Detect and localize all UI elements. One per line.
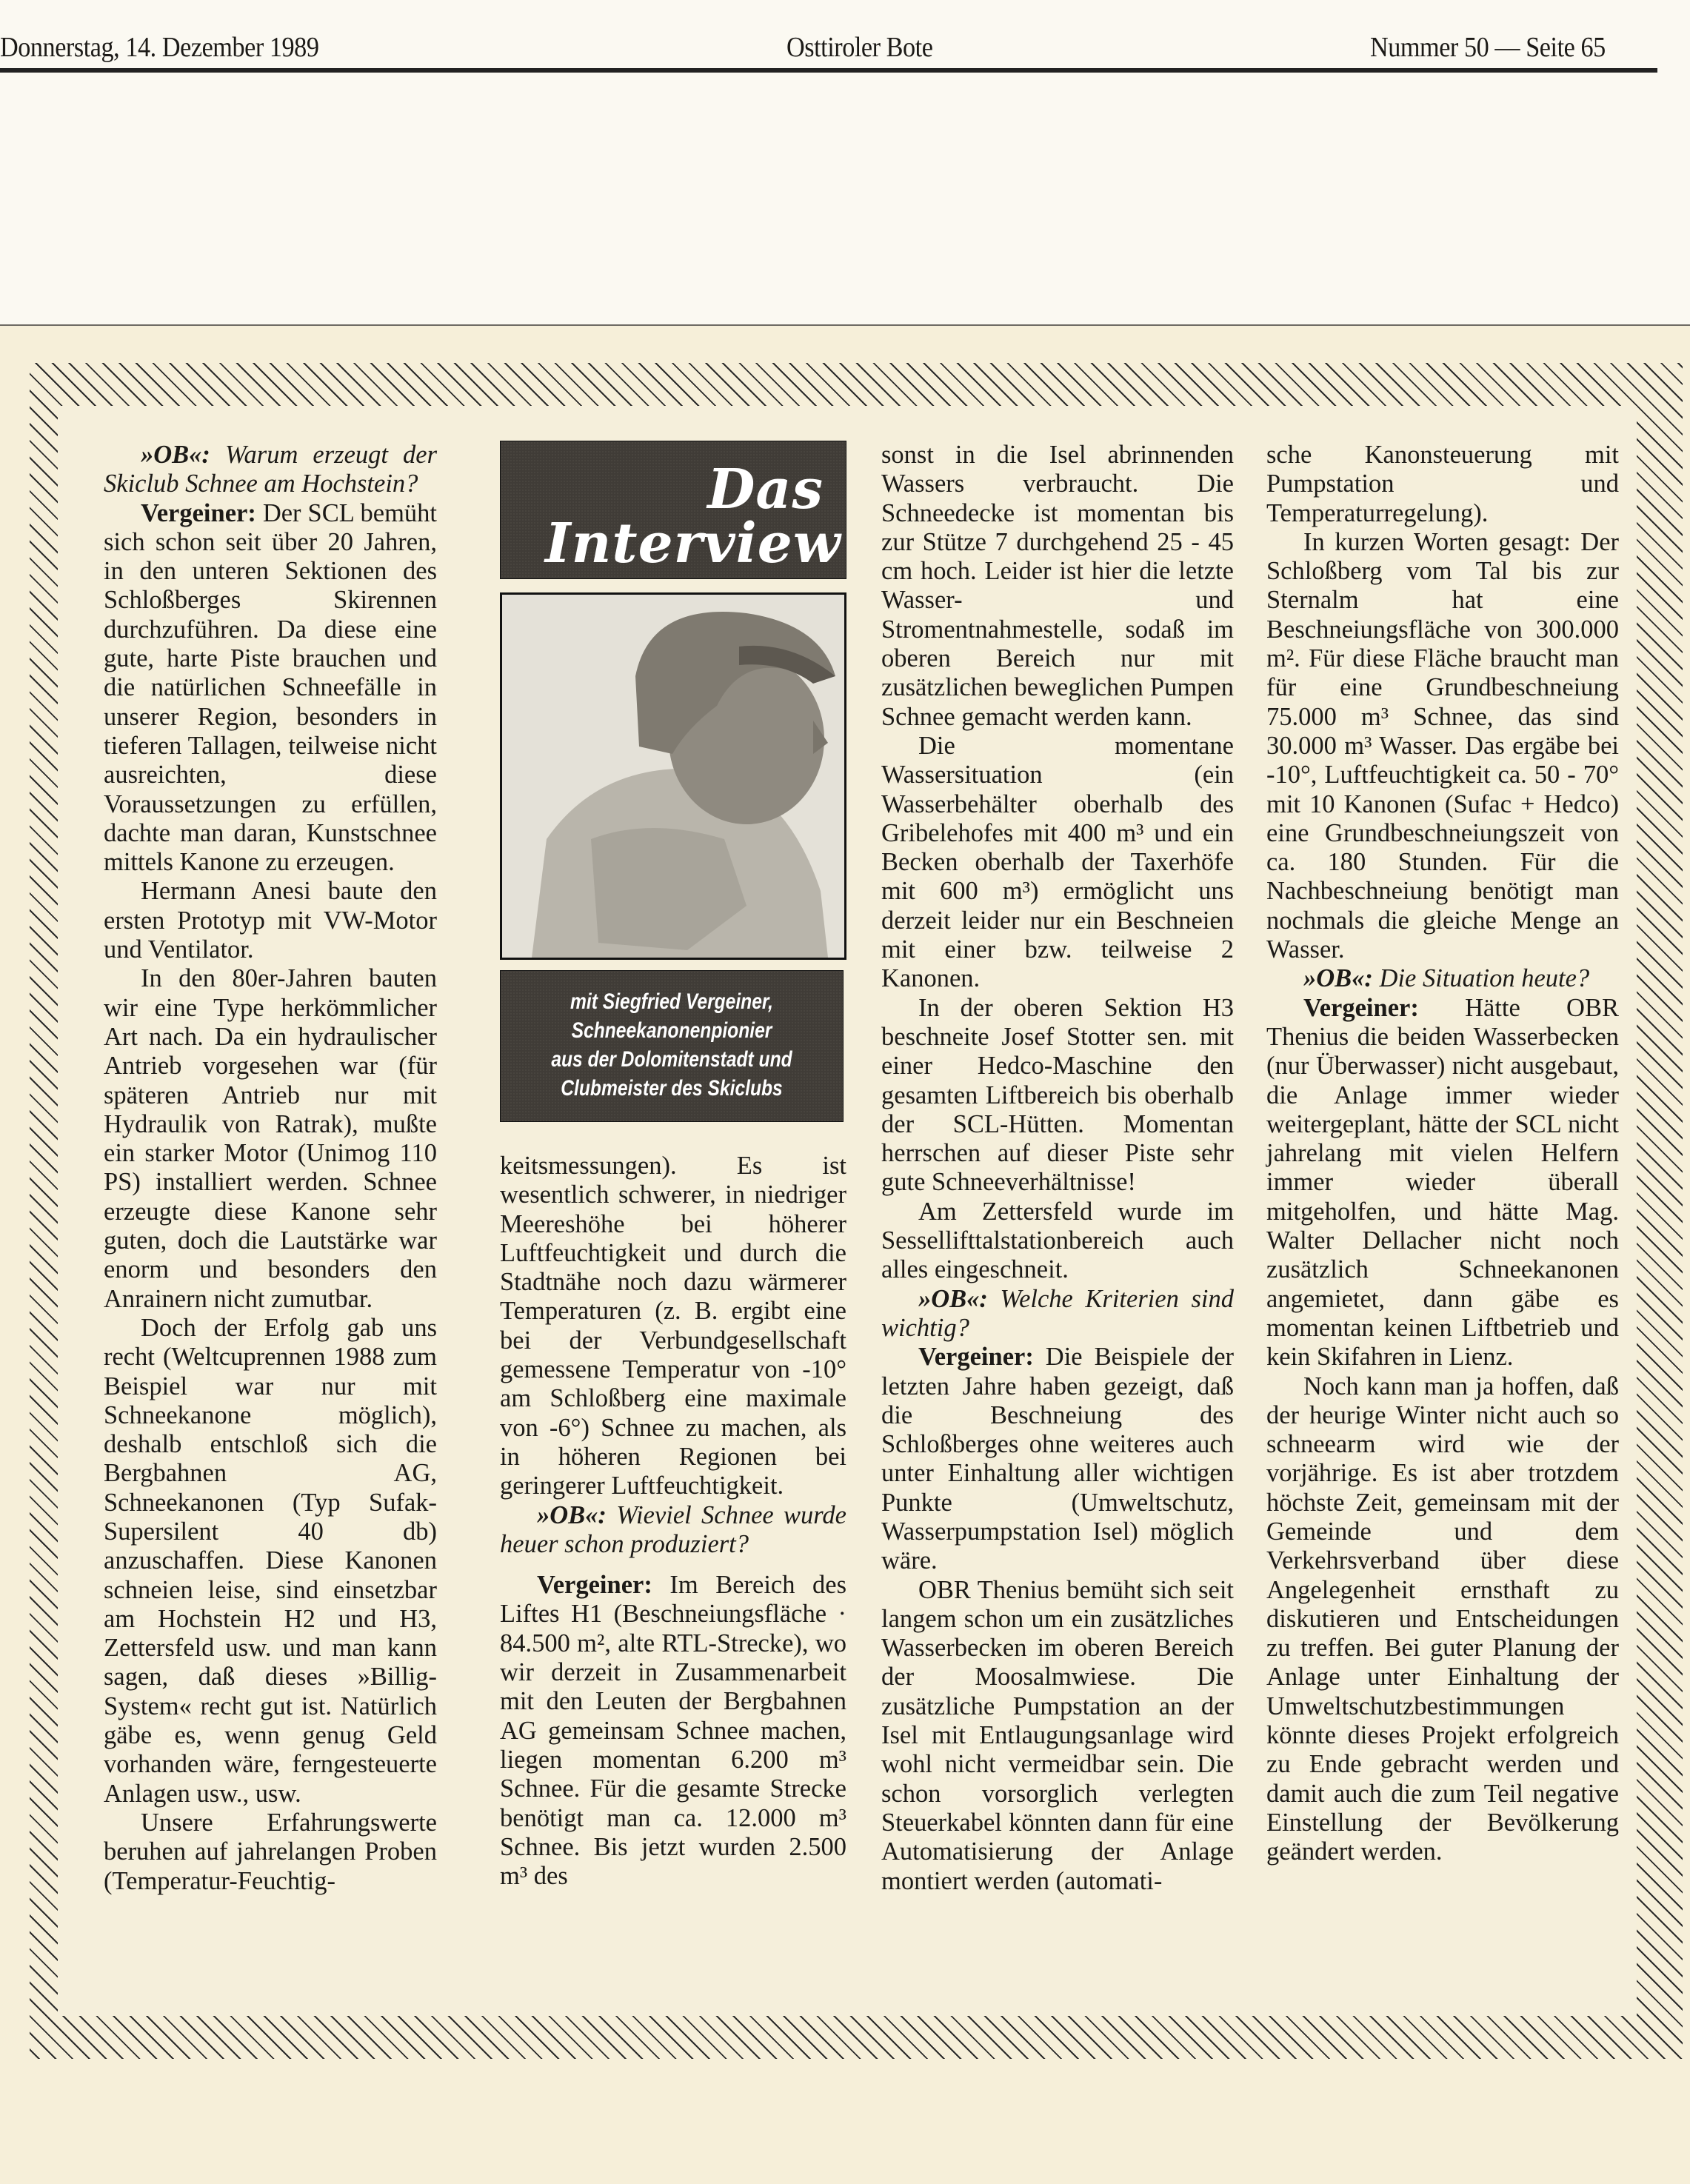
caption-line: aus der Dolomitenstadt und xyxy=(532,1045,812,1074)
article-column-4: sche Kanonsteuerung mit Pumpstation und … xyxy=(1266,441,1619,1867)
answer-text: Die Beispiele der letzten Jahre haben ge… xyxy=(881,1343,1234,1574)
answer-4: Vergeiner: Hätte OBR Thenius die beiden … xyxy=(1266,994,1619,1372)
portrait-photo xyxy=(500,592,846,960)
paragraph: Doch der Erfolg gab uns recht (Weltcupre… xyxy=(104,1314,437,1809)
caption-line: Clubmeister des Skiclubs xyxy=(532,1074,812,1103)
paragraph: OBR Thenius bemüht sich seit langem scho… xyxy=(881,1576,1234,1896)
question-3: »OB«: Welche Kriterien sind wichtig? xyxy=(881,1285,1234,1343)
speaker-label: Vergeiner: xyxy=(1303,994,1419,1022)
paragraph: sche Kanonsteuerung mit Pumpstation und … xyxy=(1266,441,1619,528)
answer-text: Hätte OBR Thenius die beiden Wasserbecke… xyxy=(1266,994,1619,1372)
paragraph: Hermann Anesi baute den ersten Prototyp … xyxy=(104,877,437,964)
speaker-label: Vergeiner: xyxy=(537,1571,652,1599)
paragraph: Am Zettersfeld wurde im Sessellifttalsta… xyxy=(881,1198,1234,1285)
paragraph: In der oberen Sektion H3 beschneite Jose… xyxy=(881,994,1234,1198)
paragraph: keitsmessungen). Es ist wesentlich schwe… xyxy=(500,1152,846,1501)
question-tag: »OB«: xyxy=(1303,964,1373,992)
answer-1: Vergeiner: Der SCL bemüht sich schon sei… xyxy=(104,499,437,878)
answer-text: Im Bereich des Liftes H1 (Beschneiungsfl… xyxy=(500,1571,846,1890)
header-newspaper-name: Osttiroler Bote xyxy=(786,30,932,65)
answer-2: Vergeiner: Im Bereich des Liftes H1 (Bes… xyxy=(500,1571,846,1891)
person-portrait-icon xyxy=(502,595,844,958)
spacer xyxy=(500,1559,846,1571)
answer-text: Der SCL bemüht sich schon seit über 20 J… xyxy=(104,499,437,877)
article-column-2: keitsmessungen). Es ist wesentlich schwe… xyxy=(500,1152,846,1891)
caption-line: mit Siegfried Vergeiner, xyxy=(532,987,812,1016)
paragraph: sonst in die Isel abrinnenden Wassers ve… xyxy=(881,441,1234,732)
paragraph: Unsere Erfahrungswerte beruhen auf jahre… xyxy=(104,1809,437,1896)
article-column-3: sonst in die Isel abrinnenden Wassers ve… xyxy=(881,441,1234,1896)
header-issue-page: Nummer 50 — Seite 65 xyxy=(1370,30,1606,65)
caption-line: Schneekanonenpionier xyxy=(532,1016,812,1045)
interview-graphic: Das Interview mit Siegfried Vergeiner, S… xyxy=(500,441,846,1126)
title-interview: Interview xyxy=(545,512,841,575)
question-tag: »OB«: xyxy=(537,1501,607,1529)
question-2: »OB«: Wieviel Schnee wurde heuer schon p… xyxy=(500,1501,846,1560)
paragraph: In kurzen Worten gesagt: Der Schloßberg … xyxy=(1266,528,1619,964)
question-1: »OB«: Warum erzeugt der Skiclub Schnee a… xyxy=(104,441,437,499)
answer-3: Vergeiner: Die Beispiele der letzten Jah… xyxy=(881,1343,1234,1575)
speaker-label: Vergeiner: xyxy=(141,499,256,527)
question-tag: »OB«: xyxy=(141,441,210,469)
interview-title-box: Das Interview xyxy=(500,441,846,579)
paragraph: Noch kann man ja hoffen, daß der heurige… xyxy=(1266,1372,1619,1867)
speaker-label: Vergeiner: xyxy=(918,1343,1034,1371)
header-date: Donnerstag, 14. Dezember 1989 xyxy=(0,30,318,65)
page-header: Donnerstag, 14. Dezember 1989 Osttiroler… xyxy=(0,30,1659,71)
paragraph: In den 80er-Jahren bauten wir eine Type … xyxy=(104,964,437,1314)
article-column-1: »OB«: Warum erzeugt der Skiclub Schnee a… xyxy=(104,441,437,1896)
question-tag: »OB«: xyxy=(918,1285,988,1313)
header-rule xyxy=(0,68,1657,73)
interview-caption: mit Siegfried Vergeiner, Schneekanonenpi… xyxy=(500,970,844,1122)
question-4: »OB«: Die Situation heute? xyxy=(1266,964,1619,993)
question-text: Die Situation heute? xyxy=(1373,964,1589,992)
paragraph: Die momentane Wassersituation (ein Wasse… xyxy=(881,732,1234,994)
